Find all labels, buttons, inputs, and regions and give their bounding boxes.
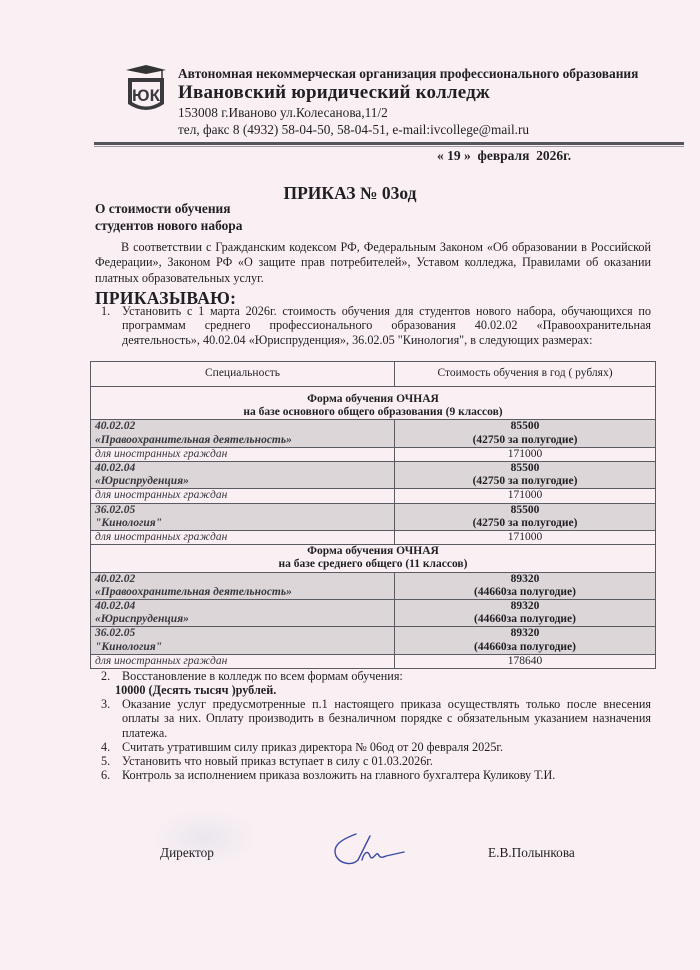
program-price: 85500	[399, 462, 651, 475]
program-price: 89320	[399, 627, 651, 640]
header-divider-thin	[94, 146, 684, 147]
program-half-price: (44660за полугодие)	[399, 641, 651, 654]
order-item-3: 3.Оказание услуг предусмотренные п.1 нас…	[95, 697, 651, 740]
section-header-11: Форма обучения ОЧНАЯ на базе среднего об…	[91, 545, 656, 572]
document-page: ЮК Автономная некоммерческая организация…	[0, 0, 700, 970]
document-date: « 19 » февраля 2026г.	[437, 148, 571, 164]
table-row: 36.02.05"Кинология" 85500(42750 за полуг…	[91, 503, 656, 530]
program-half-price: (42750 за полугодие)	[399, 434, 651, 447]
foreign-price: 178640	[395, 654, 656, 668]
order-item-1: 1.Установить с 1 марта 2026г. стоимость …	[95, 304, 651, 347]
program-half-price: (44660за полугодие)	[399, 586, 651, 599]
item-text: Установить с 1 марта 2026г. стоимость об…	[122, 304, 651, 347]
organization-name: Автономная некоммерческая организация пр…	[178, 66, 638, 82]
college-contacts: тел, факс 8 (4932) 58-04-50, 58-04-51, e…	[178, 122, 529, 138]
foreign-label: для иностранных граждан	[91, 654, 395, 668]
tuition-fees-table: Специальность Стоимость обучения в год (…	[90, 361, 656, 669]
item-number: 3.	[101, 697, 110, 711]
signatory-name: Е.В.Полынкова	[488, 845, 575, 861]
section-title-line-1: Форма обучения ОЧНАЯ	[95, 393, 651, 406]
order-preamble: В соответствии с Гражданским кодексом РФ…	[95, 240, 651, 286]
table-row: для иностранных граждан 171000	[91, 531, 656, 545]
program-half-price: (42750 за полугодие)	[399, 517, 651, 530]
item-text: Восстановление в колледж по всем формам …	[122, 669, 403, 683]
order-item-2: 2.Восстановление в колледж по всем форма…	[95, 669, 651, 683]
header-cost: Стоимость обучения в год ( рублях)	[395, 362, 656, 387]
foreign-price: 171000	[395, 531, 656, 545]
table-row: для иностранных граждан 171000	[91, 489, 656, 503]
section-header-9: Форма обучения ОЧНАЯ на базе основного о…	[91, 387, 656, 420]
program-name: «Юриспруденция»	[95, 613, 390, 626]
reinstatement-fee: 10000 (Десять тысяч )рублей.	[95, 683, 671, 697]
item-number: 5.	[101, 754, 110, 768]
foreign-price: 171000	[395, 447, 656, 461]
program-code: 40.02.02	[95, 420, 390, 433]
section-title-line-1: Форма обучения ОЧНАЯ	[95, 545, 651, 558]
program-code: 40.02.04	[95, 462, 390, 475]
item-number: 4.	[101, 740, 110, 754]
subject-line-2: студентов нового набора	[95, 217, 242, 234]
order-item-4: 4.Считать утратившим силу приказ директо…	[95, 740, 651, 754]
item-text: Оказание услуг предусмотренные п.1 насто…	[122, 697, 651, 740]
item-number: 6.	[101, 768, 110, 782]
table-header-row: Специальность Стоимость обучения в год (…	[91, 362, 656, 387]
order-item-6: 6.Контроль за исполнением приказа возлож…	[95, 768, 651, 782]
header-divider	[94, 142, 684, 145]
item-text: Контроль за исполнением приказа возложит…	[122, 768, 555, 782]
foreign-label: для иностранных граждан	[91, 447, 395, 461]
program-name: «Правоохранительная деятельность»	[95, 434, 390, 447]
foreign-price: 171000	[395, 489, 656, 503]
table-row: 40.02.04«Юриспруденция» 89320(44660за по…	[91, 600, 656, 627]
subject-line-1: О стоимости обучения	[95, 200, 242, 217]
program-price: 85500	[399, 420, 651, 433]
program-code: 36.02.05	[95, 504, 390, 517]
handwritten-signature-icon	[330, 830, 410, 870]
foreign-label: для иностранных граждан	[91, 531, 395, 545]
program-code: 40.02.04	[95, 600, 390, 613]
program-name: «Правоохранительная деятельность»	[95, 586, 390, 599]
order-item-5: 5.Установить что новый приказ вступает в…	[95, 754, 651, 768]
table-row: 40.02.02«Правоохранительная деятельность…	[91, 572, 656, 599]
table-row: 40.02.02«Правоохранительная деятельность…	[91, 420, 656, 447]
college-name: Ивановский юридический колледж	[178, 82, 490, 104]
order-subject: О стоимости обучения студентов нового на…	[95, 200, 242, 234]
table-row: для иностранных граждан 178640	[91, 654, 656, 668]
table-row: 36.02.05"Кинология" 89320(44660за полуго…	[91, 627, 656, 654]
program-code: 40.02.02	[95, 573, 390, 586]
svg-text:ЮК: ЮК	[132, 86, 161, 105]
item-text: Считать утратившим силу приказ директора…	[122, 740, 503, 754]
program-half-price: (44660за полугодие)	[399, 613, 651, 626]
foreign-label: для иностранных граждан	[91, 489, 395, 503]
item-text: Установить что новый приказ вступает в с…	[122, 754, 433, 768]
program-half-price: (42750 за полугодие)	[399, 475, 651, 488]
item-number: 1.	[101, 304, 110, 318]
college-address: 153008 г.Иваново ул.Колесанова,11/2	[178, 105, 388, 121]
table-row: для иностранных граждан 171000	[91, 447, 656, 461]
section-title-line-2: на базе среднего общего (11 классов)	[95, 558, 651, 571]
program-price: 85500	[399, 504, 651, 517]
header-specialty: Специальность	[91, 362, 395, 387]
item-number: 2.	[101, 669, 110, 683]
college-crest-icon: ЮК	[124, 64, 168, 116]
program-price: 89320	[399, 573, 651, 586]
signatory-role: Директор	[160, 845, 214, 861]
program-name: "Кинология"	[95, 641, 390, 654]
program-name: "Кинология"	[95, 517, 390, 530]
section-title-line-2: на базе основного общего образования (9 …	[95, 406, 651, 419]
program-name: «Юриспруденция»	[95, 475, 390, 488]
program-code: 36.02.05	[95, 627, 390, 640]
program-price: 89320	[399, 600, 651, 613]
table-row: 40.02.04«Юриспруденция» 85500(42750 за п…	[91, 462, 656, 489]
